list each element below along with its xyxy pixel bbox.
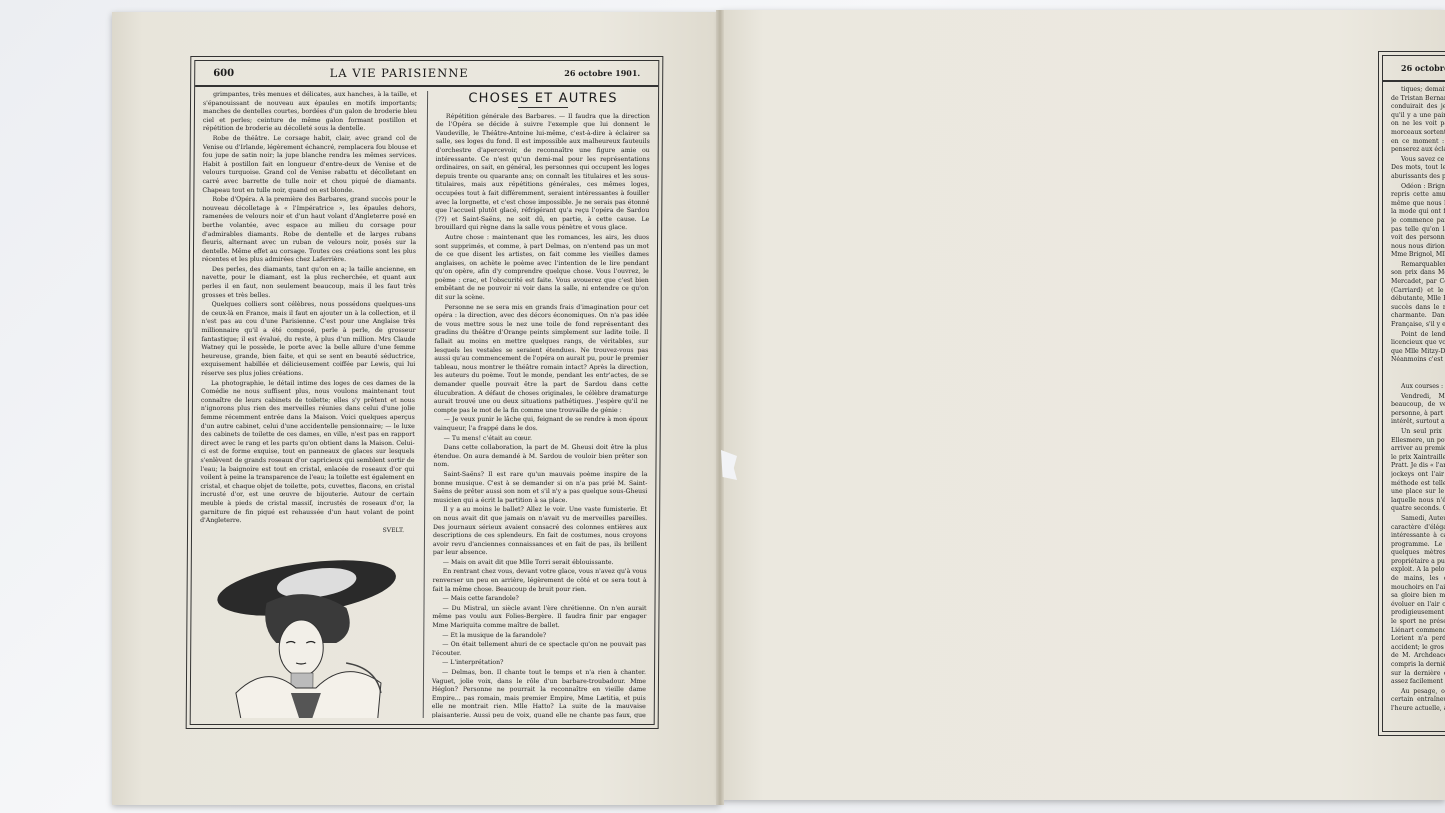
paragraph: — Je veux punir le lâche qui, feignant d…	[434, 416, 648, 433]
paragraph: — L'interprétation?	[432, 659, 646, 668]
title-rule	[518, 107, 568, 108]
paragraph: Robe d'Opéra. A la première des Barbares…	[202, 196, 416, 265]
paragraph: — Tu mens! c'était au cœur.	[434, 435, 648, 444]
masthead-title: LA VIE PARISIENNE	[330, 66, 469, 80]
left-page-frame: 600 LA VIE PARISIENNE 26 octobre 1901. g…	[190, 60, 660, 725]
paragraph: — Et la musique de la farandole?	[432, 632, 646, 641]
right-page-frame: 26 octobre 1901. LA VIE PARISIENNE 601 t…	[1382, 55, 1445, 732]
author-signature: SVELT.	[200, 527, 414, 536]
binding-gutter	[716, 10, 724, 805]
paragraph: Vous savez ce que peut contenir d'esprit…	[1391, 156, 1445, 182]
left-page: 600 LA VIE PARISIENNE 26 octobre 1901. g…	[112, 12, 720, 805]
paragraph: Saint-Saëns? Il est rare qu'un mauvais p…	[433, 471, 647, 505]
paragraph: Point de lendemain, de Vivant-Denon et H…	[1391, 331, 1445, 365]
paragraph: — On était tellement ahuri de ce spectac…	[432, 641, 646, 658]
right-page: 26 octobre 1901. LA VIE PARISIENNE 601 t…	[720, 10, 1445, 800]
paragraph: Au pesage, on papotait ferme; Maud racon…	[1391, 688, 1445, 714]
paragraph: Samedi, Auteuil. — Les réunions de semai…	[1391, 515, 1445, 687]
right-column-1: tiques; demain on courra au Palais-Royal…	[1391, 86, 1445, 725]
left-running-head: 600 LA VIE PARISIENNE 26 octobre 1901.	[195, 61, 658, 87]
paragraph: — Delmas, bon. Il chante tout le temps e…	[432, 669, 646, 718]
paragraph: Vendredi, Maisons. — Après-midi d'hiver …	[1391, 393, 1445, 427]
fashion-illustration	[206, 543, 407, 718]
paragraph: — Mais cette farandole?	[433, 595, 647, 604]
left-column-2: CHOSES ET AUTRES Répétition générale des…	[423, 91, 650, 718]
paragraph: tiques; demain on courra au Palais-Royal…	[1391, 86, 1445, 155]
paragraph: Quelques colliers sont célèbres, nous po…	[201, 301, 416, 378]
magazine-spread: 600 LA VIE PARISIENNE 26 octobre 1901. g…	[112, 10, 1445, 805]
left-column-1: grimpantes, très menues et délicates, au…	[199, 91, 417, 718]
page-number: 600	[213, 68, 234, 79]
paragraph: — Du Mistral, un siècle avant l'ère chré…	[432, 605, 646, 631]
paragraph: Des perles, des diamants, tant qu'on en …	[202, 266, 416, 300]
paragraph: Odéon : Brignol et sa fille. — Une heure…	[1391, 183, 1445, 260]
paragraph: Personne ne se sera mis en grands frais …	[434, 304, 649, 416]
right-running-head: 26 octobre 1901. LA VIE PARISIENNE 601	[1383, 56, 1445, 82]
paragraph: Remarquablement joué par le débutant Bou…	[1391, 261, 1445, 330]
paragraph: Autre chose : maintenant que les romance…	[435, 234, 649, 303]
paragraph: Il y a au moins le ballet? Allez le voir…	[433, 506, 647, 558]
paragraph: La photographie, le détail intime des lo…	[200, 380, 415, 526]
section-title-choses-et-autres: CHOSES ET AUTRES	[436, 95, 650, 104]
paragraph: — Mais on avait dit que Mlle Torri serai…	[433, 559, 647, 568]
paragraph: Robe de théâtre. Le corsage habit, clair…	[202, 135, 416, 195]
paragraph: Un seul prix de dix mille qui semblait d…	[1391, 428, 1445, 514]
paragraph: Répétition générale des Barbares. — Il f…	[435, 113, 650, 233]
issue-date: 26 octobre 1901.	[1401, 63, 1445, 73]
issue-date: 26 octobre 1901.	[564, 68, 640, 78]
paragraph: grimpantes, très menues et délicates, au…	[203, 91, 417, 134]
woman-in-hat-illustration-icon	[206, 543, 407, 718]
paragraph: Dans cette collaboration, la part de M. …	[433, 444, 647, 470]
subsection-label: Aux courses :	[1391, 383, 1445, 392]
paragraph: En rentrant chez vous, devant votre glac…	[433, 568, 647, 594]
